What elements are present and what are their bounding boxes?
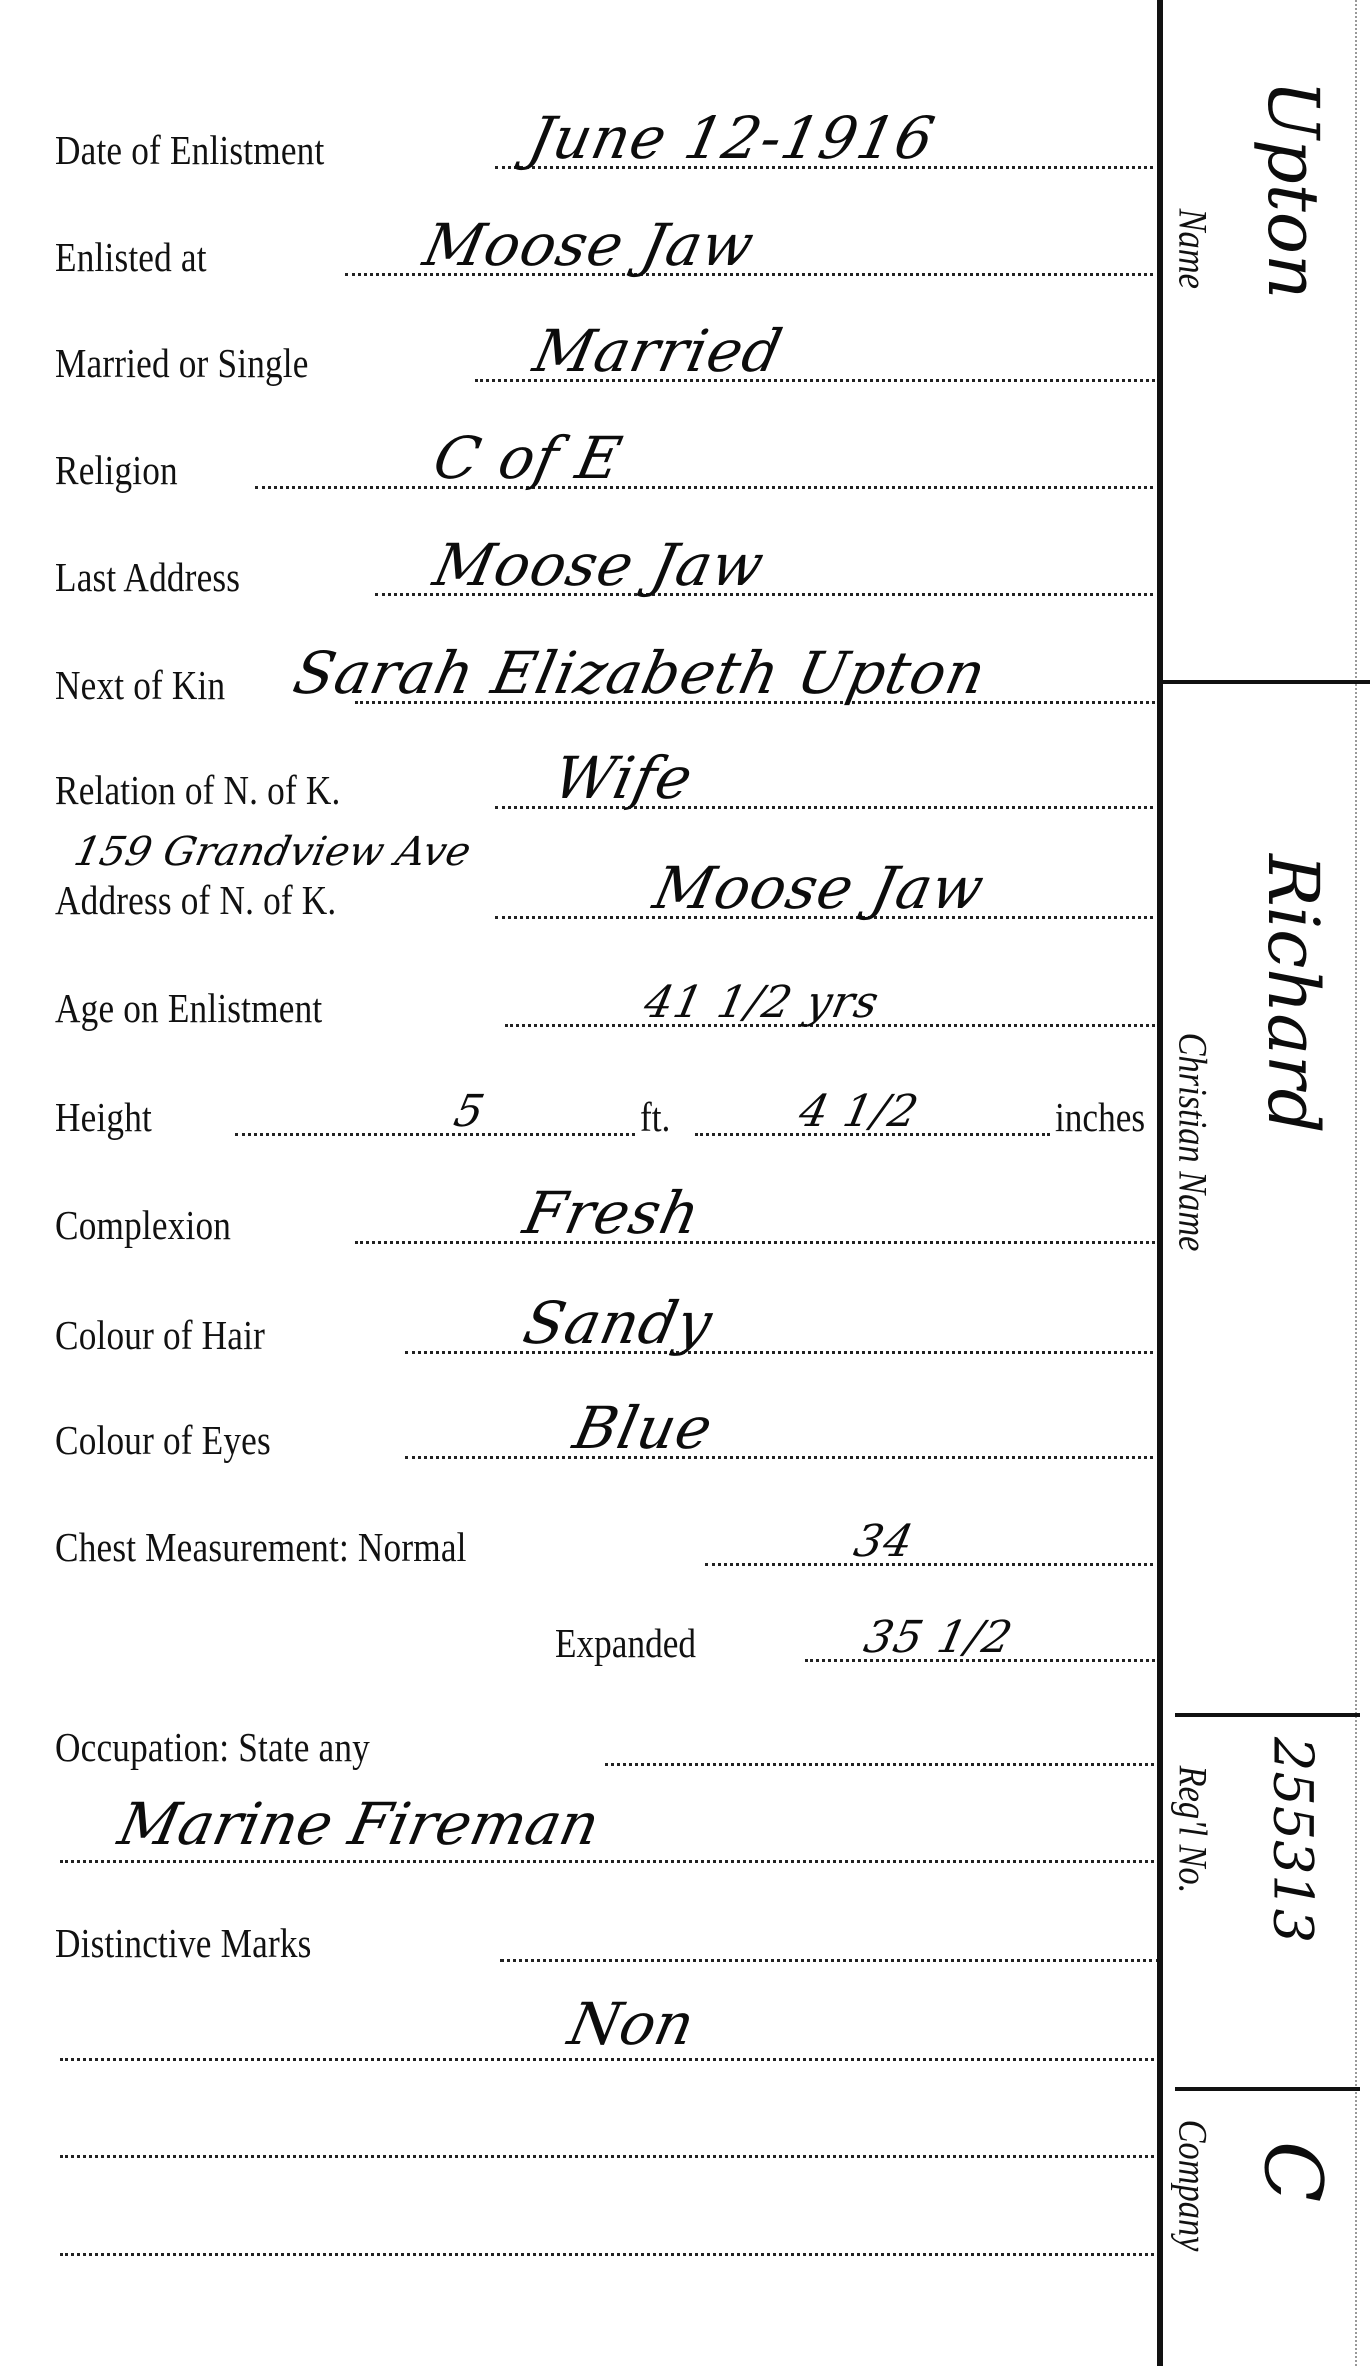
occupation-value[interactable]: Marine Fireman <box>114 1795 604 1853</box>
side-label-regl-no: Reg'l No. <box>1170 1757 1217 1893</box>
field-label: Distinctive Marks <box>55 1923 312 1964</box>
regl-no-value[interactable]: 255313 <box>1262 1717 1325 1943</box>
distinctive-marks-line-3 <box>60 2253 1160 2256</box>
field-value[interactable]: June 12-1916 <box>524 109 940 167</box>
field-label: Married or Single <box>55 343 309 384</box>
field-next-of-kin: Next of Kin Sarah Elizabeth Upton <box>55 650 1160 710</box>
side-cell-company: Company C <box>1163 2091 1370 2366</box>
field-chest-expanded: Expanded 35 1/2 <box>55 1608 1160 1668</box>
fill-line <box>500 1959 1160 1962</box>
occupation-value-line <box>60 1860 1160 1863</box>
side-cell-christian-name: Christian Name Richard <box>1163 684 1370 1714</box>
field-value[interactable]: Moose Jaw <box>419 216 760 274</box>
side-cell-regl-no: Reg'l No. 255313 <box>1163 1717 1370 2087</box>
field-value[interactable]: Wife <box>549 749 698 807</box>
christian-name-value[interactable]: Richard <box>1252 834 1334 1133</box>
field-value[interactable]: 34 <box>850 1520 917 1564</box>
field-label: Chest Measurement: Normal <box>55 1527 467 1568</box>
inches-label: inches <box>1055 1097 1145 1138</box>
field-label: Colour of Hair <box>55 1315 265 1356</box>
field-label: Next of Kin <box>55 665 225 706</box>
field-distinctive-marks: Distinctive Marks <box>55 1908 1160 1968</box>
field-enlisted-at: Enlisted at Moose Jaw <box>55 222 1160 282</box>
field-value[interactable]: Sarah Elizabeth Upton <box>289 644 991 702</box>
field-value[interactable]: 41 1/2 yrs <box>640 981 883 1025</box>
field-value[interactable]: Moose Jaw <box>429 536 770 594</box>
field-colour-of-eyes: Colour of Eyes Blue <box>55 1405 1160 1465</box>
distinctive-marks-value[interactable]: Non <box>564 1995 699 2053</box>
side-label-name: Name <box>1170 200 1217 289</box>
field-label: Colour of Eyes <box>55 1420 271 1461</box>
field-label: Occupation: State any <box>55 1727 370 1768</box>
field-occupation: Occupation: State any <box>55 1712 1160 1772</box>
field-age-on-enlistment: Age on Enlistment 41 1/2 yrs <box>55 973 1160 1033</box>
distinctive-marks-line-1 <box>60 2058 1160 2061</box>
attestation-card: Date of Enlistment June 12-1916 Enlisted… <box>0 0 1370 2366</box>
side-cell-name: Name Upton <box>1163 0 1370 680</box>
company-value[interactable]: C <box>1247 2121 1340 2202</box>
feet-label: ft. <box>640 1097 670 1138</box>
field-value[interactable]: Sandy <box>519 1294 718 1352</box>
fill-line <box>355 1241 1160 1244</box>
fill-line <box>255 486 1160 489</box>
field-label: Complexion <box>55 1205 231 1246</box>
field-value[interactable]: 35 1/2 <box>860 1616 1016 1660</box>
field-value[interactable]: C of E <box>429 429 627 487</box>
fill-line <box>605 1763 1160 1766</box>
field-label: Enlisted at <box>55 237 207 278</box>
field-value[interactable]: Fresh <box>519 1184 706 1242</box>
field-value[interactable]: Blue <box>569 1399 718 1457</box>
field-label: Expanded <box>555 1623 696 1664</box>
fill-line-feet <box>235 1133 635 1136</box>
field-chest-normal: Chest Measurement: Normal 34 <box>55 1512 1160 1572</box>
field-label: Date of Enlistment <box>55 130 324 171</box>
field-value[interactable]: Moose Jaw <box>649 859 990 917</box>
field-label: Height <box>55 1097 152 1138</box>
field-relation-of-next-of-kin: Relation of N. of K. Wife <box>55 755 1160 815</box>
height-inches-value[interactable]: 4 1/2 <box>795 1090 922 1134</box>
fill-line <box>405 1456 1160 1459</box>
field-address-of-next-of-kin: Address of N. of K. Moose Jaw <box>55 865 1160 925</box>
field-label: Religion <box>55 450 178 491</box>
distinctive-marks-line-2 <box>60 2155 1160 2158</box>
field-label: Relation of N. of K. <box>55 770 340 811</box>
field-date-of-enlistment: Date of Enlistment June 12-1916 <box>55 115 1160 175</box>
field-religion: Religion C of E <box>55 435 1160 495</box>
field-complexion: Complexion Fresh <box>55 1190 1160 1250</box>
fill-line <box>705 1563 1160 1566</box>
field-label: Address of N. of K. <box>55 880 336 921</box>
side-label-company: Company <box>1170 2111 1217 2251</box>
field-label: Last Address <box>55 557 240 598</box>
field-married-or-single: Married or Single Married <box>55 328 1160 388</box>
field-colour-of-hair: Colour of Hair Sandy <box>55 1300 1160 1360</box>
field-label: Age on Enlistment <box>55 988 322 1029</box>
height-feet-value[interactable]: 5 <box>450 1090 488 1134</box>
field-value[interactable]: Married <box>529 322 788 380</box>
side-label-christian-name: Christian Name <box>1170 1024 1217 1251</box>
surname-value[interactable]: Upton <box>1252 60 1334 299</box>
field-height: Height 5 ft. 4 1/2 inches <box>55 1082 1160 1142</box>
field-last-address: Last Address Moose Jaw <box>55 542 1160 602</box>
